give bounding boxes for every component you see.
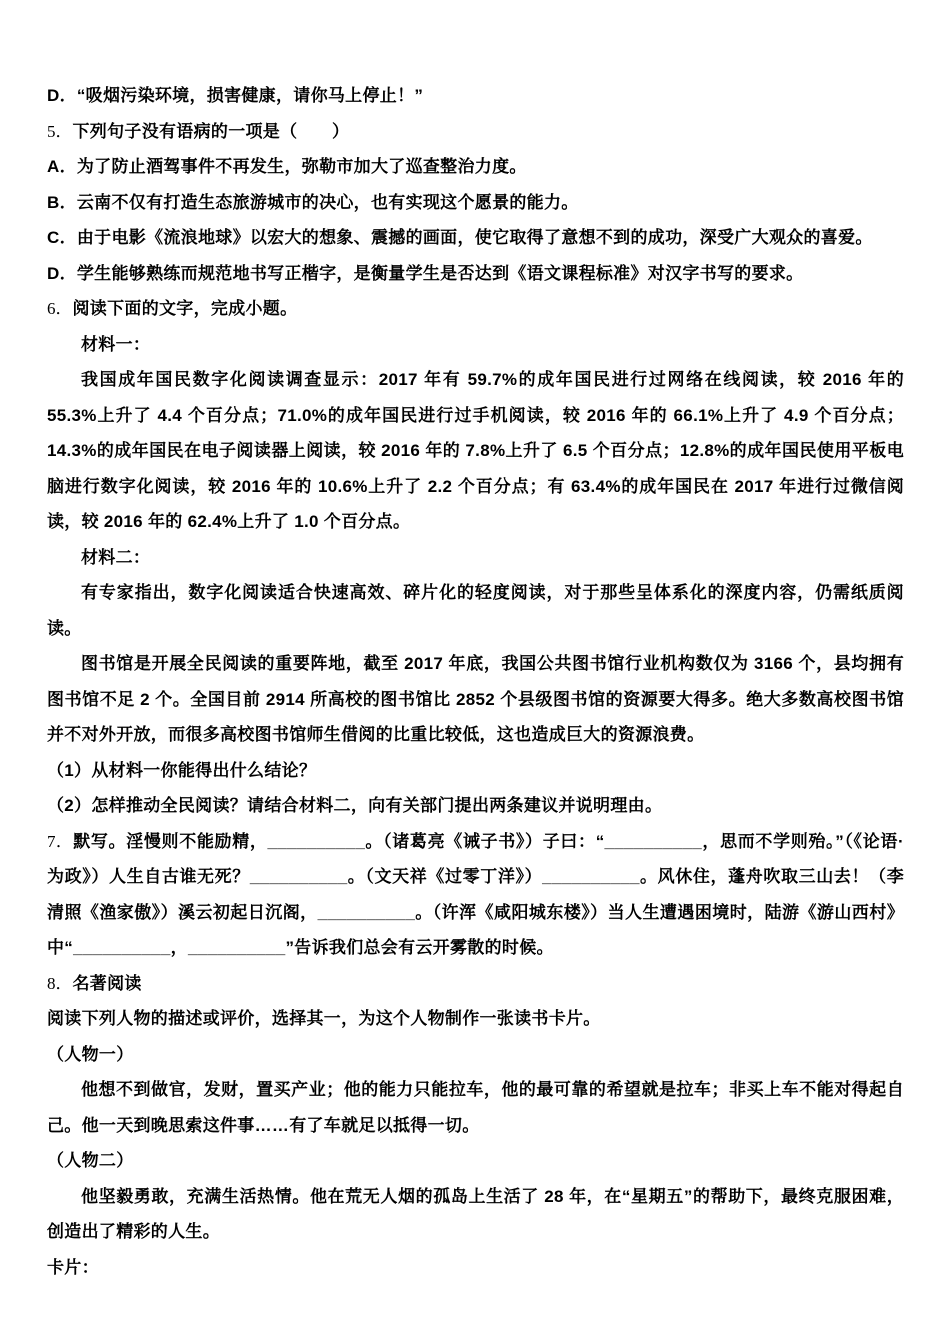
card-label: 卡片： — [47, 1250, 904, 1286]
question-8-text: 名著阅读 — [73, 974, 142, 993]
sub-question-2: （2）怎样推动全民阅读？请结合材料二，向有关部门提出两条建议并说明理由。 — [47, 788, 904, 824]
material-1-paragraph: 我国成年国民数字化阅读调查显示：2017 年有 59.7%的成年国民进行过网络在… — [47, 362, 904, 540]
question-6-number: 6． — [47, 299, 73, 318]
question-5-text: 下列句子没有语病的一项是（ ） — [73, 122, 350, 141]
option-d-q5: D．学生能够熟练而规范地书写正楷字，是衡量学生是否达到《语文课程标准》对汉字书写… — [47, 256, 904, 292]
question-8-instruction: 阅读下列人物的描述或评价，选择其一，为这个人物制作一张读书卡片。 — [47, 1001, 904, 1037]
exam-paper-page: D．“吸烟污染环境，损害健康，请你马上停止！” 5．下列句子没有语病的一项是（ … — [0, 0, 950, 1344]
question-6-text: 阅读下面的文字，完成小题。 — [73, 299, 298, 318]
question-7-number: 7． — [47, 832, 73, 851]
question-5: 5．下列句子没有语病的一项是（ ） — [47, 114, 904, 150]
question-5-number: 5． — [47, 122, 73, 141]
character-1-description: 他想不到做官，发财，置买产业；他的能力只能拉车，他的最可靠的希望就是拉车；非买上… — [47, 1072, 904, 1143]
question-8-number: 8． — [47, 974, 73, 993]
character-2-description: 他坚毅勇敢，充满生活热情。他在荒无人烟的孤岛上生活了 28 年，在“星期五”的帮… — [47, 1179, 904, 1250]
material-2-heading: 材料二： — [47, 540, 904, 576]
sub-question-1: （1）从材料一你能得出什么结论？ — [47, 753, 904, 789]
character-1-heading: （人物一） — [47, 1037, 904, 1073]
material-1-heading: 材料一： — [47, 327, 904, 363]
character-2-heading: （人物二） — [47, 1143, 904, 1179]
option-c-q5: C．由于电影《流浪地球》以宏大的想象、震撼的画面，使它取得了意想不到的成功，深受… — [47, 220, 904, 256]
option-b-q5: B．云南不仅有打造生态旅游城市的决心，也有实现这个愿景的能力。 — [47, 185, 904, 221]
question-7-text: 默写。淫慢则不能励精，__________。（诸葛亮《诫子书》）子曰：“____… — [47, 832, 904, 958]
question-8: 8．名著阅读 — [47, 966, 904, 1002]
question-6: 6．阅读下面的文字，完成小题。 — [47, 291, 904, 327]
material-2-paragraph-2: 图书馆是开展全民阅读的重要阵地，截至 2017 年底，我国公共图书馆行业机构数仅… — [47, 646, 904, 753]
material-2-paragraph-1: 有专家指出，数字化阅读适合快速高效、碎片化的轻度阅读，对于那些呈体系化的深度内容… — [47, 575, 904, 646]
option-a-q5: A．为了防止酒驾事件不再发生，弥勒市加大了巡查整治力度。 — [47, 149, 904, 185]
option-d-q4: D．“吸烟污染环境，损害健康，请你马上停止！” — [47, 78, 904, 114]
question-7: 7．默写。淫慢则不能励精，__________。（诸葛亮《诫子书》）子曰：“__… — [47, 824, 904, 966]
